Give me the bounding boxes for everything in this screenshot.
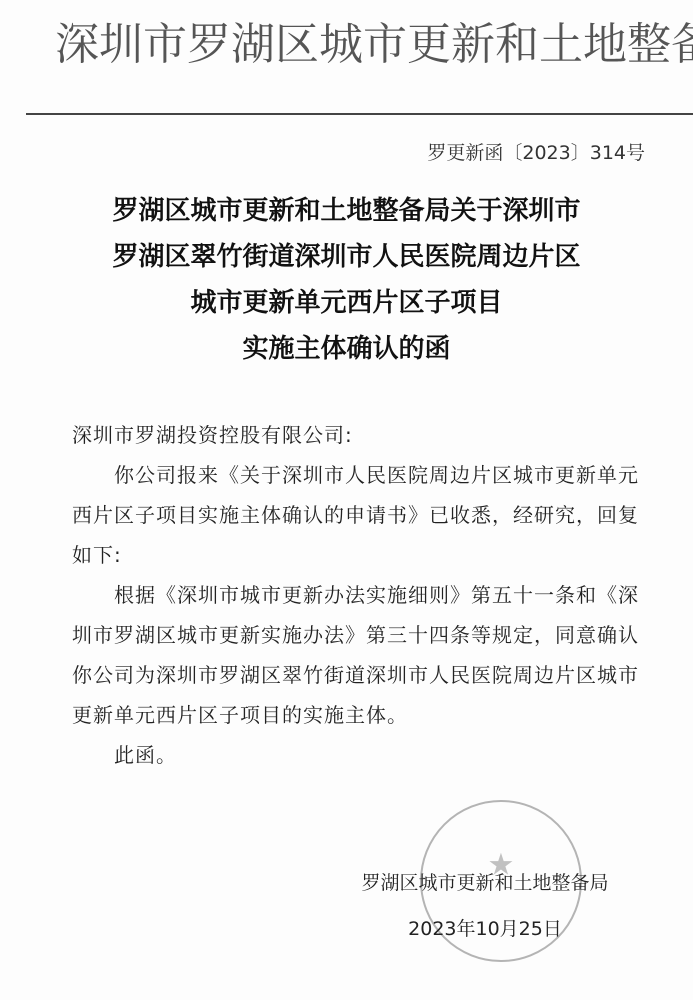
document-title: 罗湖区城市更新和土地整备局关于深圳市 罗湖区翠竹街道深圳市人民医院周边片区 城市… bbox=[0, 188, 693, 372]
body-paragraph: 你公司报来《关于深圳市人民医院周边片区城市更新单元西片区子项目实施主体确认的申请… bbox=[72, 455, 647, 575]
signature-block: 罗湖区城市更新和土地整备局 2023年10月25日 bbox=[320, 860, 650, 952]
issuer-name: 罗湖区城市更新和土地整备局 bbox=[320, 860, 650, 906]
addressee: 深圳市罗湖投资控股有限公司: bbox=[72, 415, 647, 455]
letter-body: 深圳市罗湖投资控股有限公司: 你公司报来《关于深圳市人民医院周边片区城市更新单元… bbox=[72, 415, 647, 775]
body-paragraph: 根据《深圳市城市更新办法实施细则》第五十一条和《深圳市罗湖区城市更新实施办法》第… bbox=[72, 575, 647, 735]
letterhead-masthead: 深圳市罗湖区城市更新和土地整备局 bbox=[55, 8, 665, 72]
title-line: 罗湖区城市更新和土地整备局关于深圳市 bbox=[0, 188, 693, 234]
header-rule bbox=[26, 113, 693, 115]
closing-paragraph: 此函。 bbox=[72, 735, 647, 775]
title-line: 罗湖区翠竹街道深圳市人民医院周边片区 bbox=[0, 234, 693, 280]
document-number: 罗更新函〔2023〕314号 bbox=[427, 138, 645, 165]
issue-date: 2023年10月25日 bbox=[320, 906, 650, 952]
title-line: 城市更新单元西片区子项目 bbox=[0, 280, 693, 326]
title-line: 实施主体确认的函 bbox=[0, 326, 693, 372]
